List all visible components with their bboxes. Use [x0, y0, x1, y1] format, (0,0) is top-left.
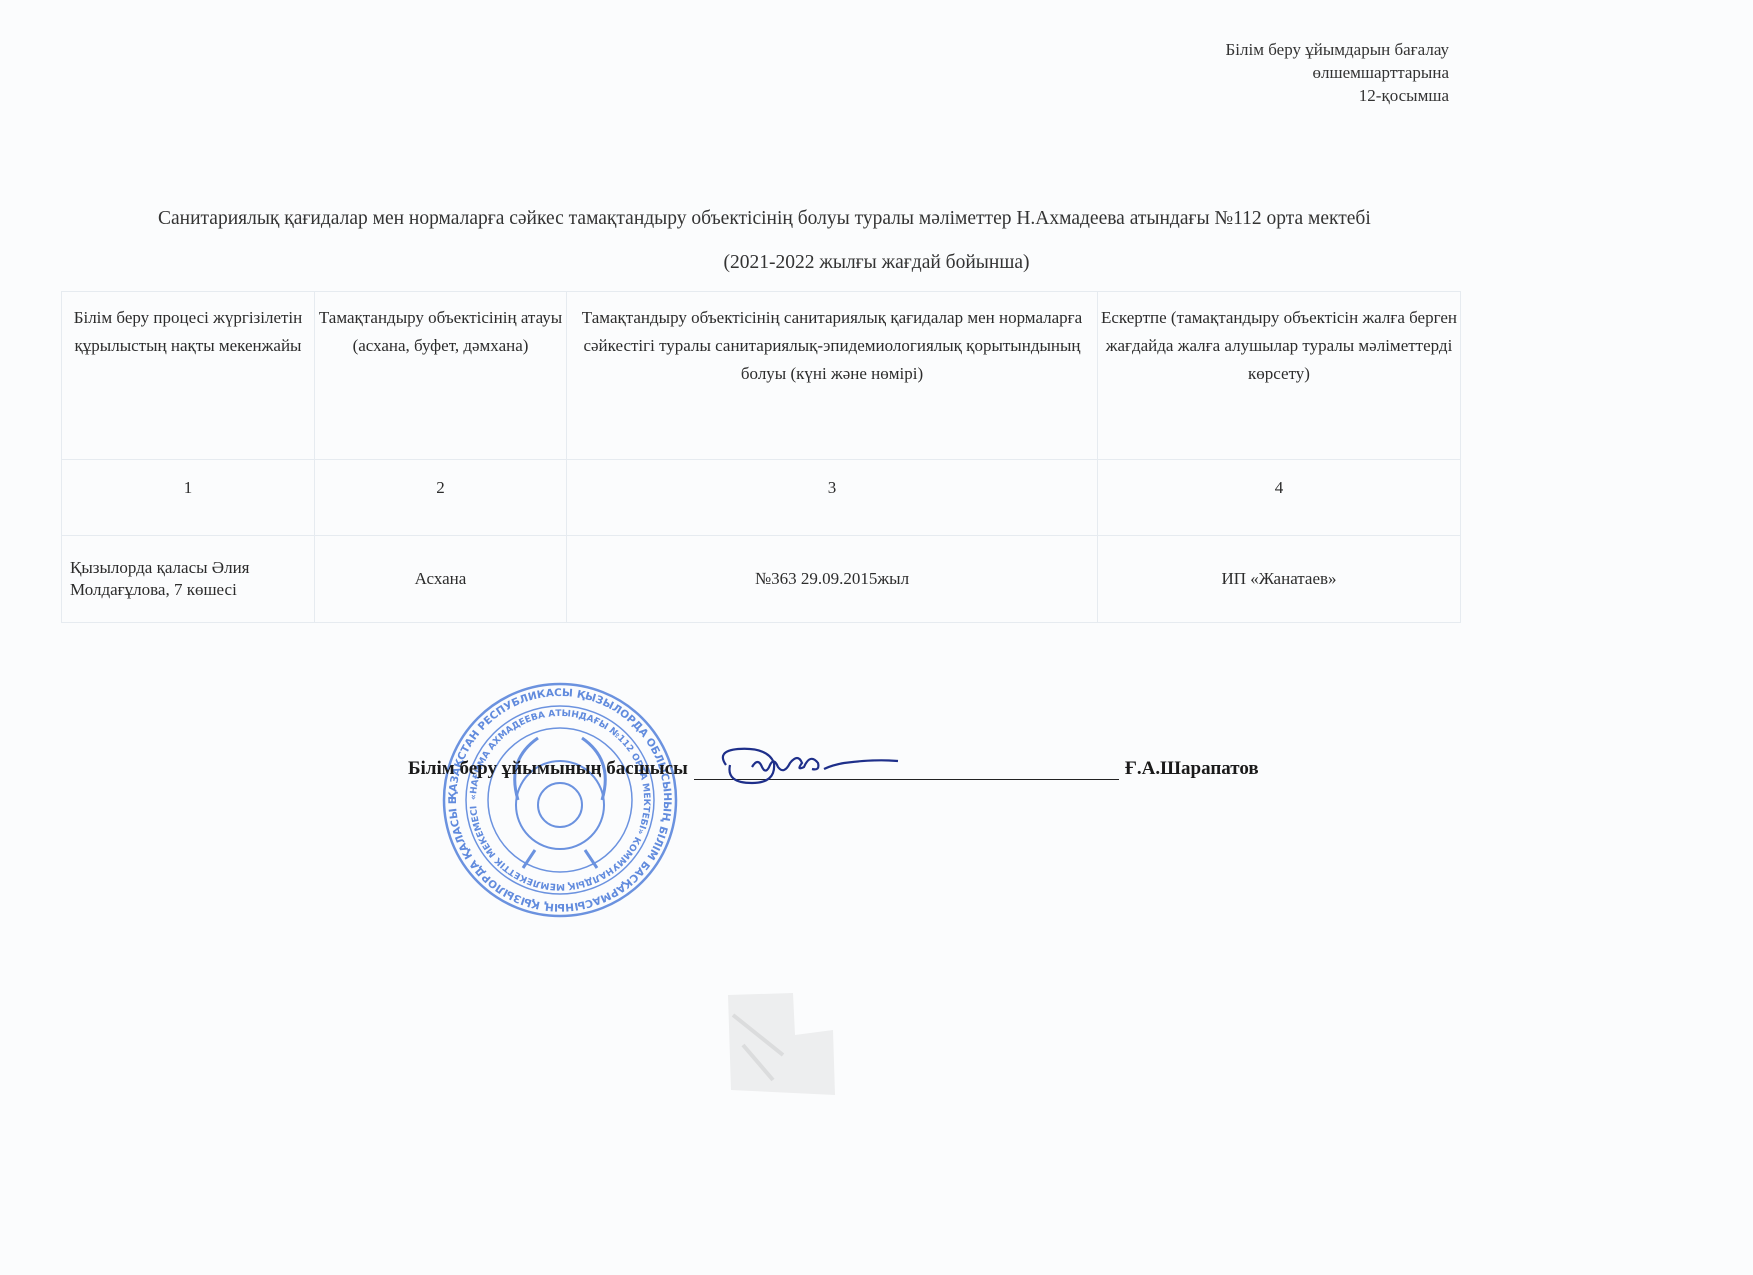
col-number: 4 — [1098, 460, 1461, 536]
cell-note: ИП «Жанатаев» — [1098, 536, 1461, 623]
signatory-name: Ғ.А.Шарапатов — [1125, 758, 1259, 780]
col-number: 3 — [567, 460, 1098, 536]
cell-address: Қызылорда қаласы Әлия Молдағұлова, 7 көш… — [62, 536, 315, 623]
col-number: 2 — [315, 460, 567, 536]
header-conclusion: Тамақтандыру объектісінің санитариялық қ… — [567, 292, 1098, 460]
handwritten-signature-icon — [712, 743, 912, 787]
col-number: 1 — [62, 460, 315, 536]
signature-block: Білім беру ұйымының басшысы Ғ.А.Шарапато… — [408, 757, 1259, 780]
cell-object-name: Асхана — [315, 536, 567, 623]
catering-info-table: Білім беру процесі жүргізілетін құрылыст… — [61, 291, 1461, 623]
signature-line — [694, 757, 1119, 780]
appendix-line: 12-қосымша — [1226, 84, 1449, 107]
header-note: Ескертпе (тамақтандыру объектісін жалға … — [1098, 292, 1461, 460]
header-address: Білім беру процесі жүргізілетін құрылыст… — [62, 292, 315, 460]
appendix-line: Білім беру ұйымдарын бағалау — [1226, 38, 1449, 61]
signatory-role: Білім беру ұйымының басшысы — [408, 758, 688, 780]
table-row: Қызылорда қаласы Әлия Молдағұлова, 7 көш… — [62, 536, 1461, 623]
title-period: (2021-2022 жылғы жағдай бойынша) — [0, 252, 1753, 274]
official-stamp-icon: ҚАЗАҚСТАН РЕСПУБЛИКАСЫ ҚЫЗЫЛОРДА ОБЛЫСЫН… — [440, 680, 680, 920]
table-header-row: Білім беру процесі жүргізілетін құрылыст… — [62, 292, 1461, 460]
header-object-name: Тамақтандыру объектісінің атауы (асхана,… — [315, 292, 567, 460]
title-main: Санитариялық қағидалар мен нормаларға сә… — [158, 208, 1371, 230]
appendix-note: Білім беру ұйымдарын бағалау өлшемшартта… — [1226, 38, 1449, 107]
scan-smudge-icon — [723, 985, 843, 1105]
table-number-row: 1 2 3 4 — [62, 460, 1461, 536]
appendix-line: өлшемшарттарына — [1226, 61, 1449, 84]
cell-conclusion: №363 29.09.2015жыл — [567, 536, 1098, 623]
